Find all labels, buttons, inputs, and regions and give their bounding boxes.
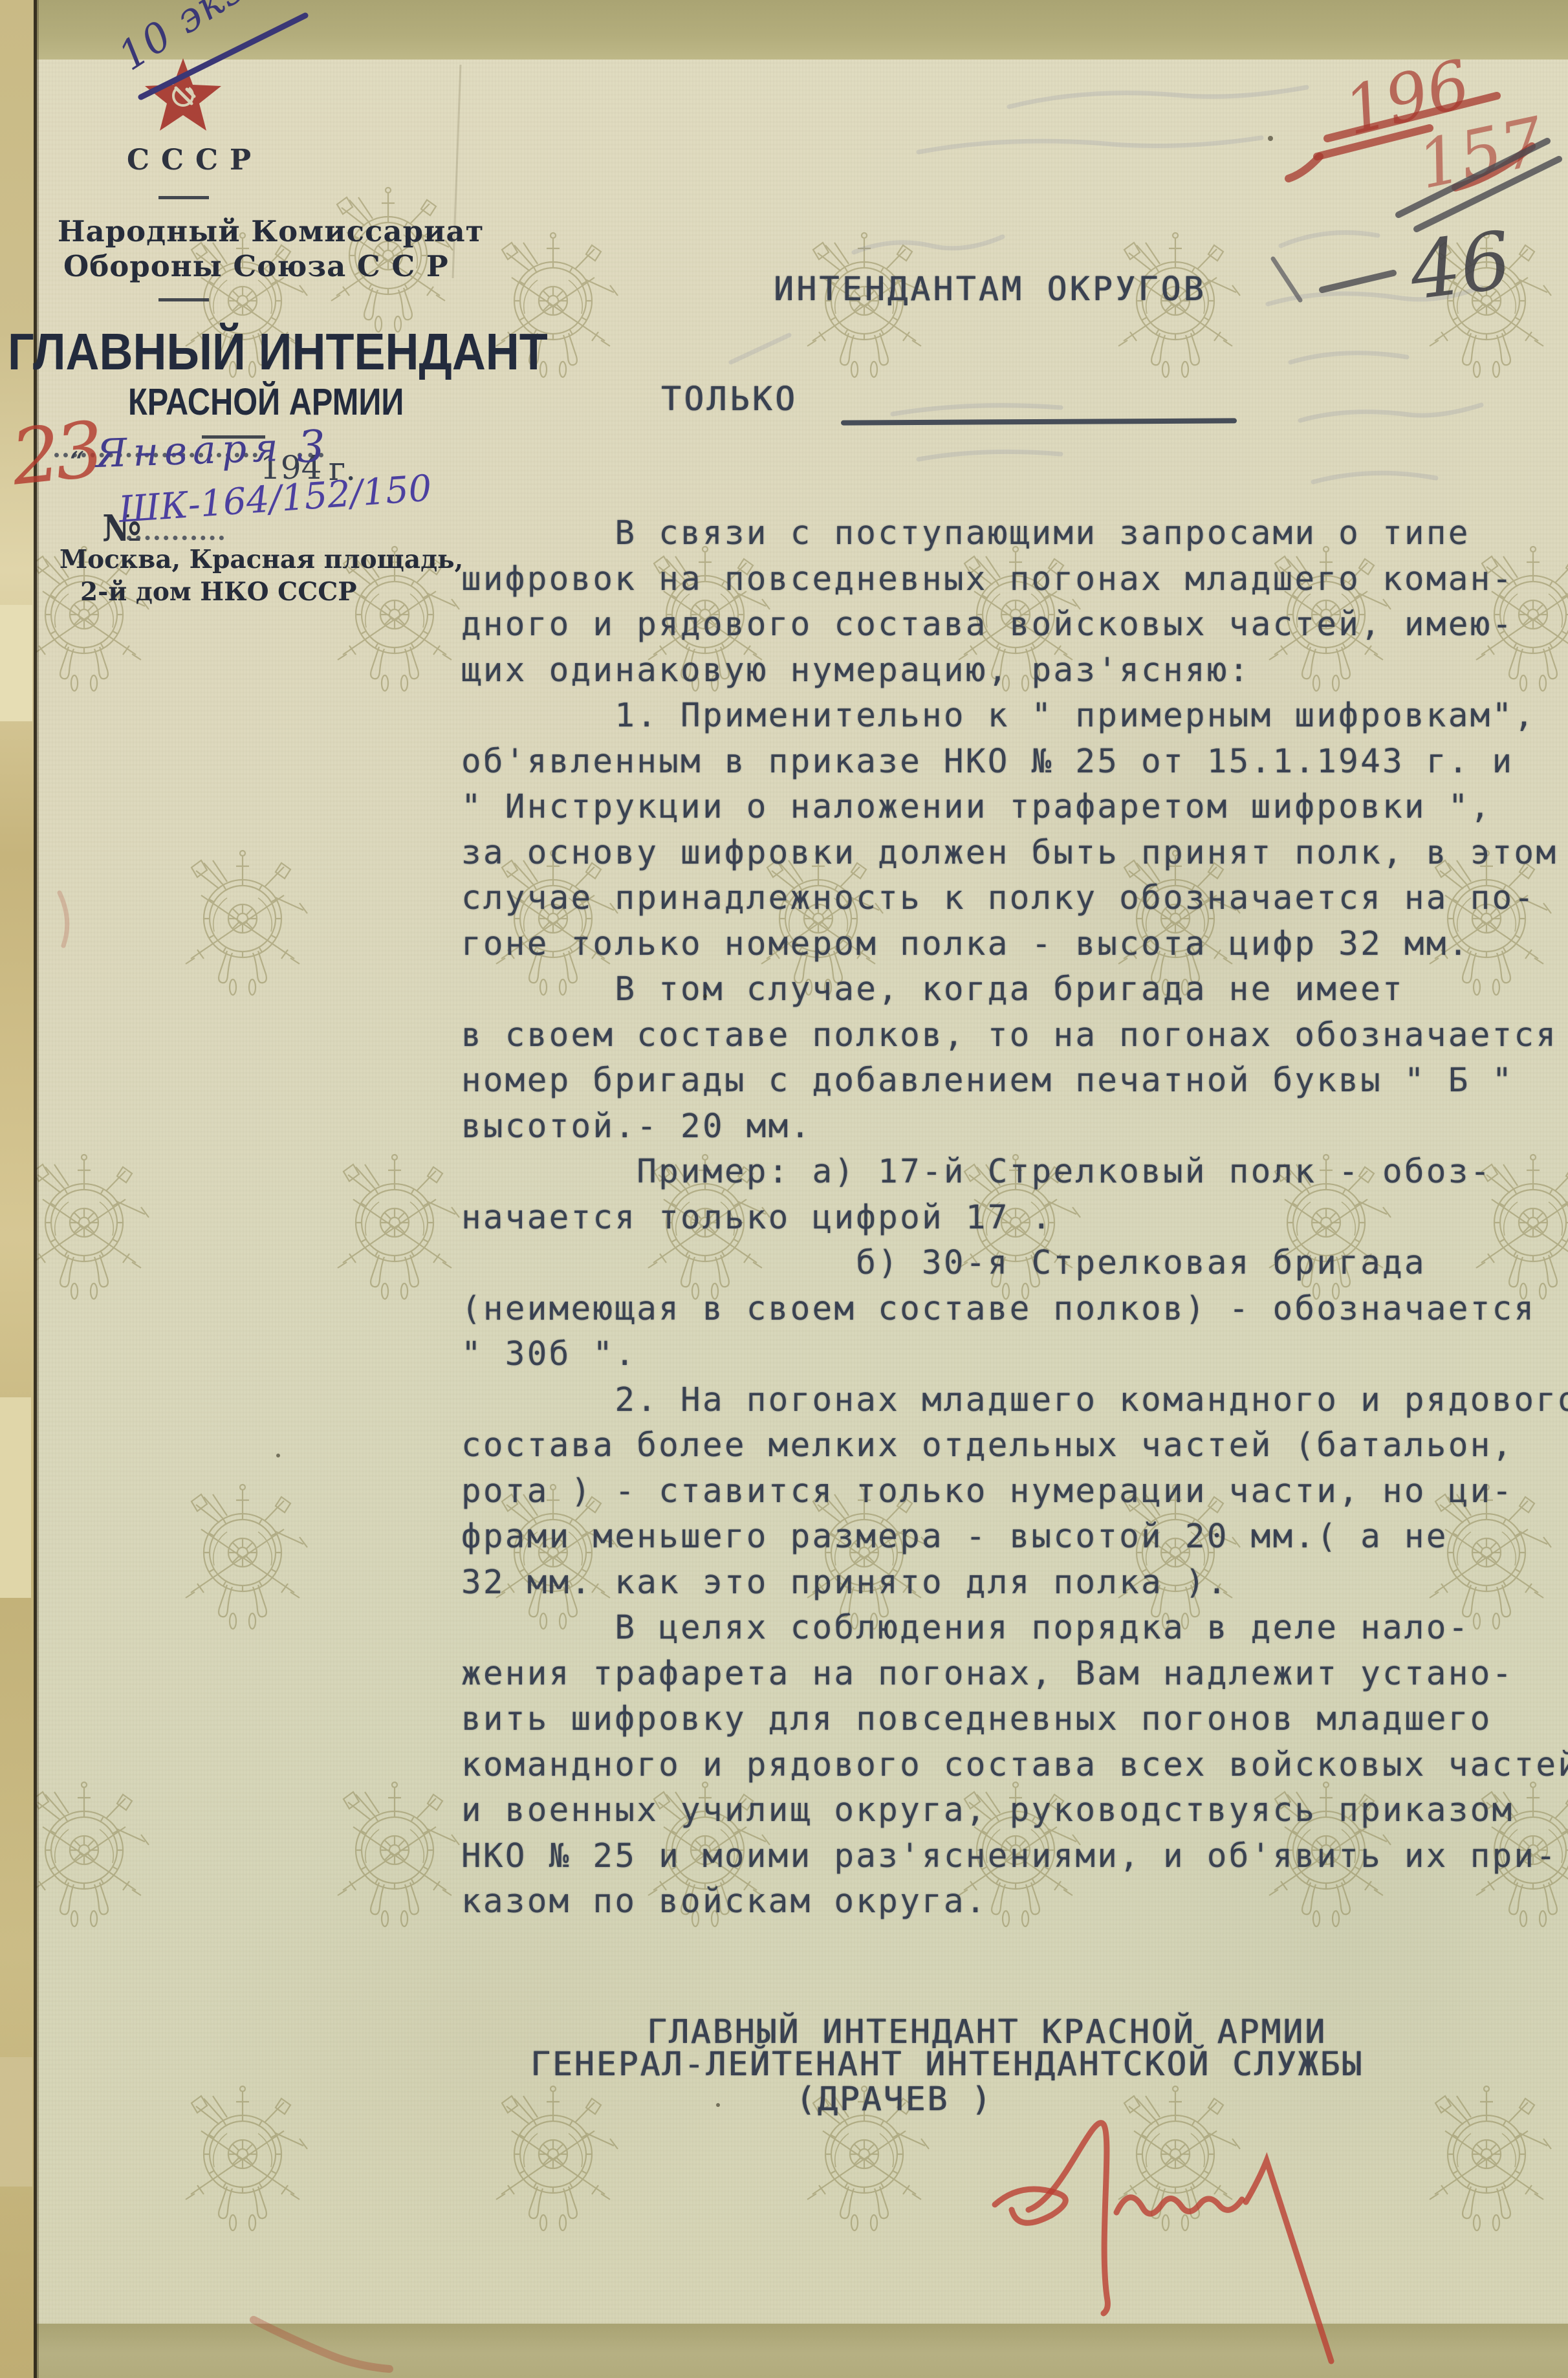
paper-specks	[276, 136, 1273, 2107]
signature-autograph	[995, 2123, 1331, 2361]
overlay-marks-layer	[0, 0, 1568, 2378]
red-strike-marks	[1289, 96, 1532, 188]
scanned-document-page: { "document_type": "scanned wartime lett…	[0, 0, 1568, 2378]
copies-note-slash	[141, 16, 305, 97]
red-smudges	[60, 893, 389, 2369]
red-star-icon	[145, 58, 221, 131]
